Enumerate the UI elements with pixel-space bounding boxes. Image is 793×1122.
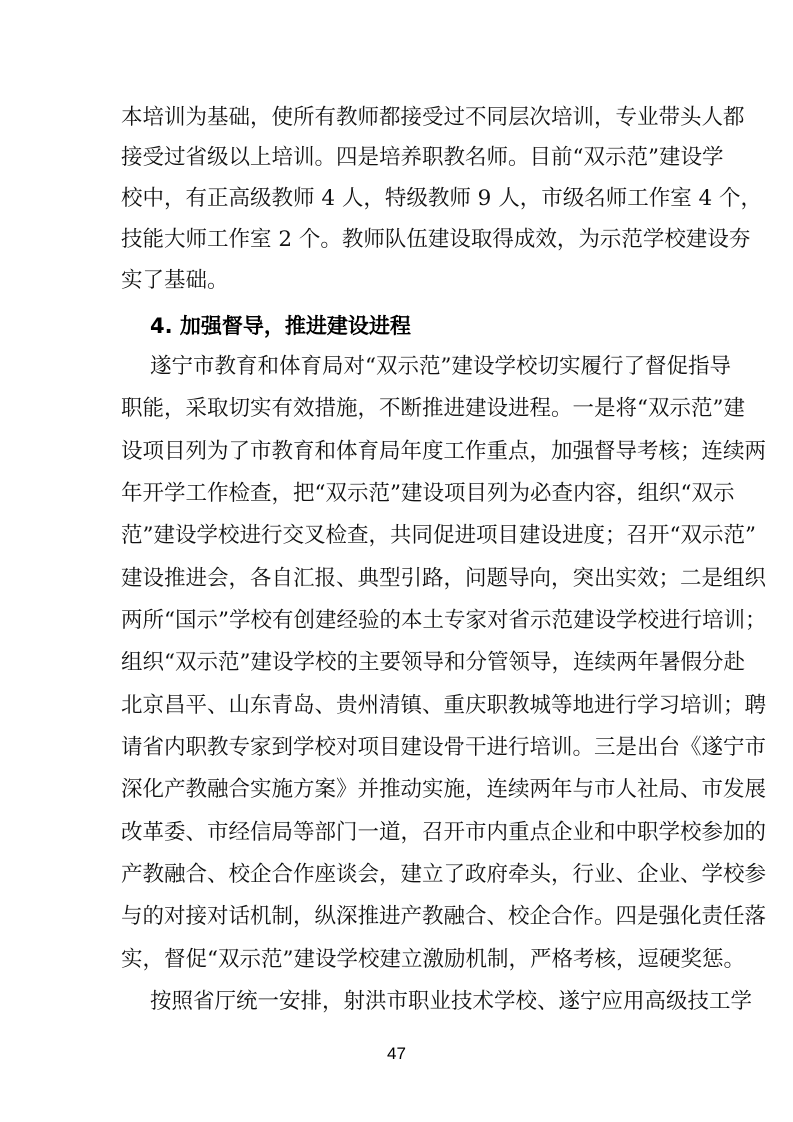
text-line: 职能，采取切实有效措施，不断推进建设进程。一是将“双示范”建 [121, 394, 661, 424]
text-line: 技能大师工作室 2 个。教师队伍建设取得成效，为示范学校建设夯 [121, 225, 661, 255]
text-line: 按照省厅统一安排，射洪市职业技术学校、遂宁应用高级技工学 [150, 987, 661, 1017]
text-line: 产教融合、校企合作座谈会，建立了政府牵头，行业、企业、学校参 [121, 860, 661, 890]
text-line: 深化产教融合实施方案》并推动实施，连续两年与市人社局、市发展 [121, 775, 661, 805]
text-line: 年开学工作检查，把“双示范”建设项目列为必查内容，组织“双示 [121, 479, 661, 509]
text-line: 接受过省级以上培训。四是培养职教名师。目前“双示范”建设学 [121, 143, 661, 173]
text-line: 组织“双示范”建设学校的主要领导和分管领导，连续两年暑假分赴 [121, 648, 661, 678]
text-line: 设项目列为了市教育和体育局年度工作重点，加强督导考核；连续两 [121, 437, 661, 467]
document-page: 本培训为基础，使所有教师都接受过不同层次培训，专业带头人都 接受过省级以上培训。… [0, 0, 793, 1122]
text-line: 改革委、市经信局等部门一道，召开市内重点企业和中职学校参加的 [121, 818, 661, 848]
text-line: 实，督促“双示范”建设学校建立激励机制，严格考核，逗硬奖惩。 [121, 945, 661, 975]
text-line: 范”建设学校进行交叉检查，共同促进项目建设进度；召开“双示范” [121, 521, 661, 551]
text-line: 北京昌平、山东青岛、贵州清镇、重庆职教城等地进行学习培训；聘 [121, 691, 661, 721]
text-line: 请省内职教专家到学校对项目建设骨干进行培训。三是出台《遂宁市 [121, 733, 661, 763]
text-line: 两所“国示”学校有创建经验的本土专家对省示范建设学校进行培训； [121, 606, 661, 636]
text-line: 本培训为基础，使所有教师都接受过不同层次培训，专业带头人都 [121, 103, 661, 133]
page-number: 47 [0, 1043, 793, 1065]
text-line: 建设推进会，各自汇报、典型引路，问题导向，突出实效；二是组织 [121, 564, 661, 594]
text-line: 与的对接对话机制，纵深推进产教融合、校企合作。四是强化责任落 [121, 902, 661, 932]
text-line: 遂宁市教育和体育局对“双示范”建设学校切实履行了督促指导 [150, 352, 661, 382]
text-line: 校中，有正高级教师 4 人，特级教师 9 人，市级名师工作室 4 个， [121, 184, 661, 214]
text-line: 实了基础。 [121, 266, 661, 296]
section-heading: 4. 加强督导，推进建设进程 [150, 311, 411, 341]
